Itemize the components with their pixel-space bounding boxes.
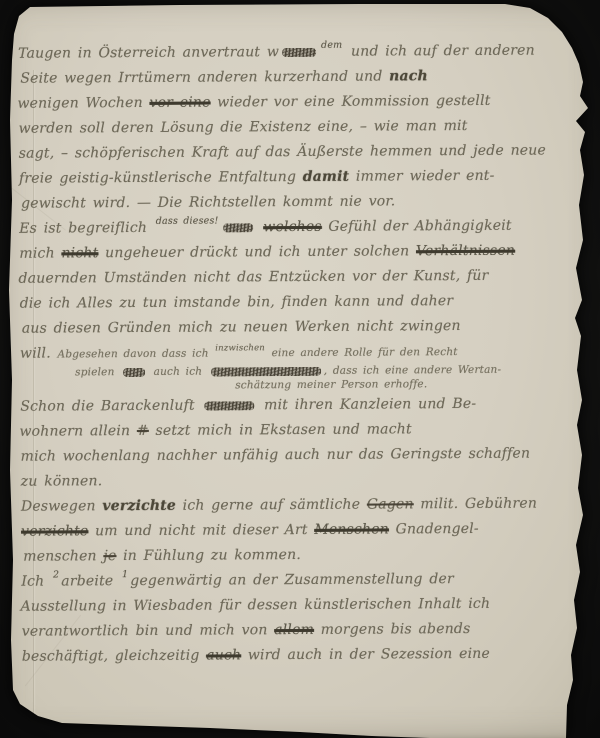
handwritten-text-segment: verzichte	[102, 498, 176, 514]
handwritten-line: zu können.	[21, 466, 573, 494]
handwritten-line: wohnern allein # setzt mich in Ekstasen …	[19, 416, 572, 444]
scribble-strikeout	[282, 47, 316, 56]
handwritten-text-segment: wenigen Wochen	[17, 95, 149, 112]
handwritten-line: beschäftigt, gleichzeitig auch wird auch…	[22, 641, 574, 669]
handwritten-text-segment: beschäftigt, gleichzeitig	[22, 648, 206, 665]
strikethrough-text: Gagen	[367, 496, 414, 512]
handwritten-line: Deswegen verzichte ich gerne auf sämtlic…	[21, 491, 573, 519]
interline-insertion: dass dieses!	[156, 215, 219, 226]
handwritten-text-segment: Deswegen	[21, 498, 103, 514]
scribble-strikeout	[224, 223, 254, 232]
handwritten-text-segment: die ich Alles zu tun imstande bin, finde…	[20, 293, 454, 312]
handwritten-line: Es ist begreiflich dass dieses! welches …	[19, 213, 571, 241]
handwritten-line: mich wochenlang nachher unfähig auch nur…	[21, 441, 573, 469]
handwritten-line: die ich Alles zu tun imstande bin, finde…	[20, 288, 572, 316]
handwritten-line: verantwortlich bin und mich von allem mo…	[22, 616, 574, 644]
handwritten-text-segment: will.	[20, 345, 58, 361]
interline-insertion: dem	[321, 40, 342, 51]
handwritten-text-segment: auch ich	[148, 366, 208, 378]
handwritten-text: Taugen in Österreich anvertraut wdem und…	[18, 38, 574, 669]
strikethrough-text: verzichte	[21, 523, 88, 539]
handwritten-text-segment: mich wochenlang nachher unfähig auch nur…	[21, 446, 531, 465]
handwritten-text-segment: Gnadengel-	[389, 521, 479, 538]
handwritten-line: freie geistig-künstlerische Entfaltung d…	[19, 163, 571, 191]
strikethrough-text: je	[103, 548, 116, 564]
handwritten-text-segment: ungeheuer drückt und ich unter solchen	[98, 243, 416, 261]
handwritten-text-segment: freie geistig-künstlerische Entfaltung	[19, 169, 303, 187]
handwritten-text-segment: Taugen in Österreich anvertraut w	[18, 44, 279, 62]
handwritten-text-segment: nach	[389, 68, 428, 84]
scribble-strikeout	[211, 366, 321, 376]
handwritten-text-segment: Seite wegen Irrtümern anderen kurzerhand…	[20, 68, 389, 86]
handwritten-text-segment: eine andere Rolle für den Recht	[266, 346, 458, 359]
strikethrough-text: allem	[274, 622, 314, 638]
handwritten-text-segment: Ich	[21, 574, 51, 590]
handwritten-text-segment: morgens bis abends	[314, 621, 470, 638]
strikethrough-text: auch	[206, 647, 241, 663]
corner-crease	[25, 615, 81, 687]
handwritten-text-segment	[257, 219, 264, 235]
handwritten-text-segment: wohnern allein	[19, 423, 137, 440]
handwritten-line: mich nicht ungeheuer drückt und ich unte…	[19, 238, 571, 266]
handwritten-text-segment: sagt, – schöpferischen Kraft auf das Äuß…	[19, 142, 546, 161]
handwritten-text-segment: menschen	[23, 548, 103, 564]
handwritten-text-segment: , dass ich eine andere Wertan-	[324, 364, 502, 377]
handwritten-text-segment: verantwortlich bin und mich von	[22, 622, 275, 640]
strikethrough-text: nicht	[61, 245, 98, 261]
strikethrough-text: Menschen	[314, 521, 389, 537]
scribble-strikeout	[123, 367, 145, 376]
handwritten-text-segment: aus diesen Gründen mich zu neuen Werken …	[22, 318, 461, 337]
paper-shadow: Taugen in Österreich anvertraut wdem und…	[0, 0, 600, 738]
handwritten-text-segment: ich gerne auf sämtliche	[176, 497, 367, 514]
strikethrough-text: Verhältnissen	[416, 243, 515, 260]
interline-insertion: 1	[122, 569, 128, 580]
strikethrough-text: #	[137, 423, 149, 439]
handwritten-line: Taugen in Österreich anvertraut wdem und…	[18, 38, 570, 66]
handwritten-line: menschen je in Fühlung zu kommen.	[23, 541, 573, 569]
handwritten-text-segment: gegenwärtig an der Zusammenstellung der	[130, 571, 454, 589]
handwritten-line: aus diesen Gründen mich zu neuen Werken …	[22, 313, 572, 341]
handwritten-text-segment: spielen	[75, 366, 120, 378]
interline-insertion: 2	[53, 569, 59, 580]
handwritten-text-segment: wieder vor eine Kommission gestellt	[211, 93, 491, 111]
handwritten-line: dauernden Umständen nicht das Entzücken …	[18, 263, 571, 291]
vertical-crease	[33, 70, 34, 720]
handwritten-text-segment: mit ihren Kanzleien und Be-	[257, 396, 476, 413]
handwritten-line: Seite wegen Irrtümern anderen kurzerhand…	[20, 63, 570, 91]
handwritten-line: werden soll deren Lösung die Existenz ei…	[19, 113, 571, 141]
handwritten-text-segment: und ich auf der anderen	[344, 43, 535, 60]
strikethrough-text: vor eine	[149, 95, 210, 111]
interline-insertion: inzwischen	[215, 343, 265, 353]
handwritten-text-segment: dauernden Umständen nicht das Entzücken …	[18, 268, 488, 287]
handwritten-line: Schon die Barackenluft mit ihren Kanzlei…	[20, 391, 572, 419]
handwritten-text-segment: zu können.	[21, 473, 103, 489]
handwritten-text-segment: immer wieder ent-	[349, 168, 494, 185]
handwritten-line: wenigen Wochen vor eine wieder vor eine …	[17, 88, 570, 116]
diagonal-crease	[2, 180, 66, 230]
handwritten-text-segment: um und nicht mit dieser Art	[88, 522, 314, 539]
handwritten-text-segment: wird auch in der Sezession eine	[241, 646, 490, 664]
handwritten-text-segment: damit	[303, 169, 350, 185]
handwritten-text-segment: Ausstellung in Wiesbaden für dessen küns…	[20, 596, 490, 615]
handwritten-text-segment: mich	[19, 245, 61, 261]
scan-background: Taugen in Österreich anvertraut wdem und…	[0, 0, 600, 738]
handwritten-line: will. Abgesehen davon dass ich inzwische…	[20, 338, 572, 366]
scribble-strikeout	[204, 401, 254, 410]
handwritten-text-segment: Gefühl der Abhängigkeit	[322, 218, 512, 235]
handwritten-text-segment: arbeite	[61, 573, 120, 589]
handwritten-line: Ich 2arbeite 1gegenwärtig an der Zusamme…	[21, 566, 573, 594]
handwritten-text-segment: werden soll deren Lösung die Existenz ei…	[19, 118, 468, 137]
strikethrough-text: welches	[263, 219, 322, 235]
handwritten-line: spielen auch ich , dass ich eine andere …	[75, 363, 572, 380]
handwritten-text-segment: in Fühlung zu kommen.	[116, 547, 301, 564]
handwritten-line: schätzung meiner Person erhoffe.	[235, 377, 572, 393]
handwritten-text-segment: Schon die Barackenluft	[20, 398, 201, 415]
handwritten-text-segment: Es ist begreiflich	[19, 220, 154, 237]
handwritten-line: verzichte um und nicht mit dieser Art Me…	[21, 516, 573, 544]
handwritten-line: Ausstellung in Wiesbaden für dessen küns…	[20, 591, 573, 619]
handwritten-line: sagt, – schöpferischen Kraft auf das Äuß…	[19, 138, 571, 166]
manuscript-paper: Taugen in Österreich anvertraut wdem und…	[0, 0, 600, 738]
handwritten-line: gewischt wird. — Die Richtstellen kommt …	[21, 188, 571, 216]
handwritten-text-segment: schätzung meiner Person erhoffe.	[235, 378, 427, 391]
handwritten-text-segment: gewischt wird. — Die Richtstellen kommt …	[21, 193, 395, 211]
handwritten-text-segment: setzt mich in Ekstasen und macht	[149, 421, 412, 439]
handwritten-text-segment: milit. Gebühren	[414, 496, 537, 513]
handwritten-text-segment: Abgesehen davon dass ich	[57, 347, 214, 360]
